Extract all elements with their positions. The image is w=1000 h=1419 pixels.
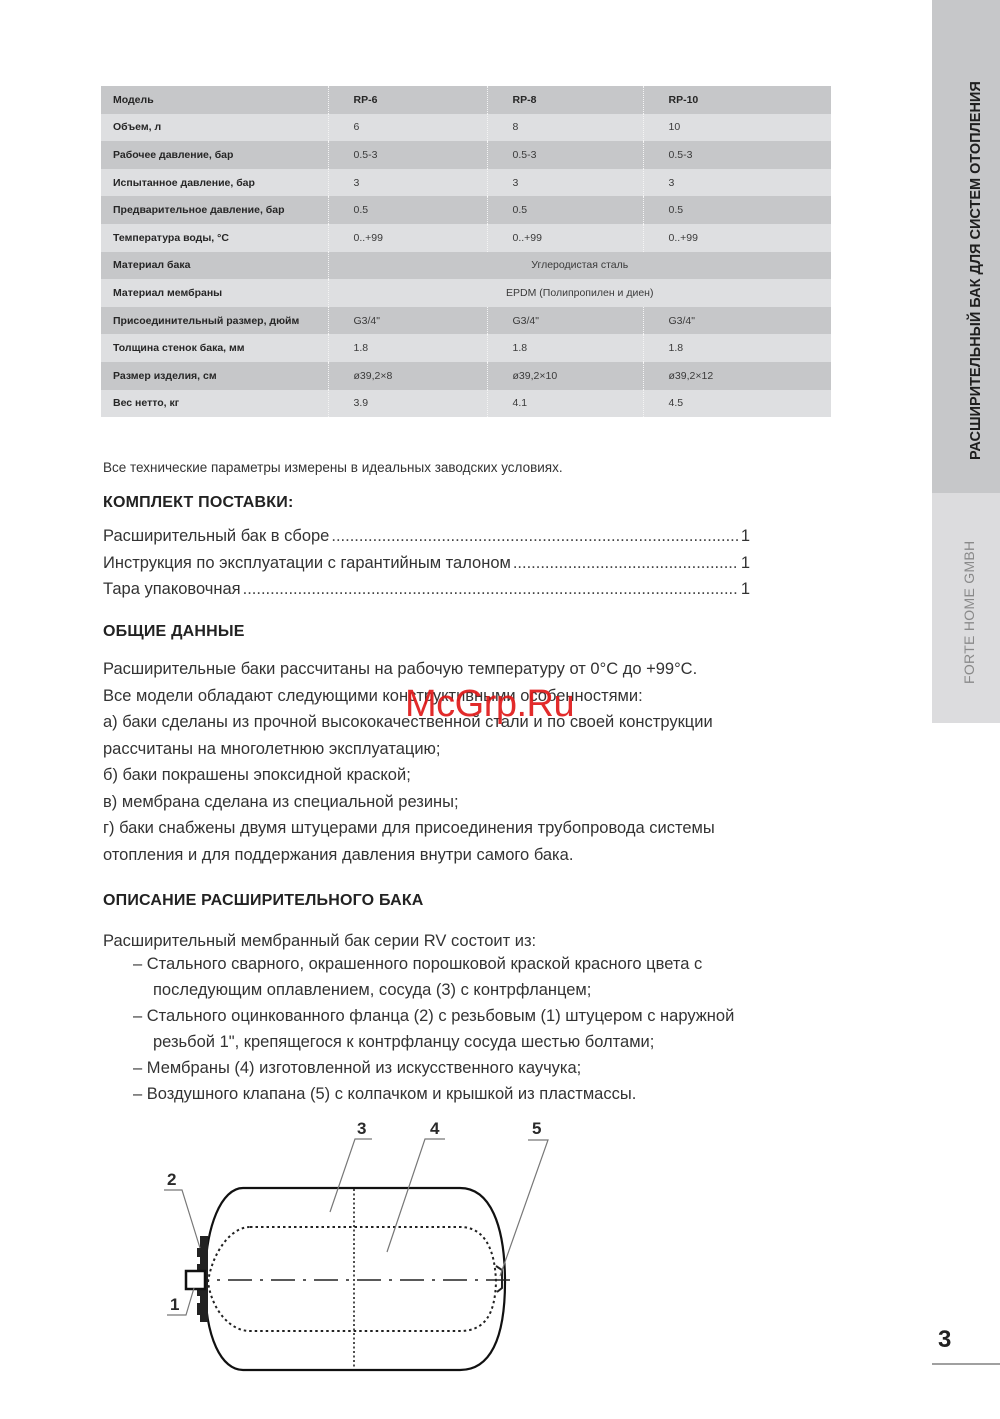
value-cell: ø39,2×12 <box>643 362 831 390</box>
row-label: Предварительное давление, бар <box>101 196 328 224</box>
general-line: г) баки снабжены двумя штуцерами для при… <box>103 815 715 842</box>
row-label: Материал бака <box>101 252 328 280</box>
sidebar-title-block <box>932 0 1000 493</box>
general-line: отопления и для поддержания давления вну… <box>103 842 715 869</box>
value-cell: 1.8 <box>487 334 643 362</box>
general-line: в) мембрана сделана из специальной резин… <box>103 789 715 816</box>
value-cell: 0.5-3 <box>328 141 487 169</box>
table-row: Размер изделия, смø39,2×8ø39,2×10ø39,2×1… <box>101 362 831 390</box>
row-label: Толщина стенок бака, мм <box>101 334 328 362</box>
callout-1: 1 <box>170 1295 179 1314</box>
kit-item-name: Инструкция по эксплуатации с гарантийным… <box>103 554 511 573</box>
row-label: Размер изделия, см <box>101 362 328 390</box>
table-row: Объем, л6810 <box>101 114 831 142</box>
air-valve <box>496 1266 502 1292</box>
kit-item-name: Расширительный бак в сборе <box>103 527 329 546</box>
table-row: Температура воды, °C0..+990..+990..+99 <box>101 224 831 252</box>
value-cell: 0.5 <box>328 196 487 224</box>
kit-item-qty: 1 <box>741 554 750 573</box>
row-label: Температура воды, °C <box>101 224 328 252</box>
page-number-rule <box>932 1363 1000 1365</box>
value-cell: 0.5-3 <box>487 141 643 169</box>
row-label: Материал мембраны <box>101 279 328 307</box>
value-cell: ø39,2×8 <box>328 362 487 390</box>
tank-body-outline <box>205 1188 505 1370</box>
value-cell: 3 <box>643 169 831 197</box>
membrane-outline <box>208 1227 496 1331</box>
kit-item: Тара упаковочная 1 <box>103 580 750 607</box>
callout-4: 4 <box>430 1119 440 1138</box>
sidebar-title: РАСШИРИТЕЛЬНЫЙ БАК ДЛЯ СИСТЕМ ОТОПЛЕНИЯ <box>968 30 984 460</box>
value-cell: 4.1 <box>487 390 643 418</box>
description-item: – Воздушного клапана (5) с колпачком и к… <box>133 1081 734 1107</box>
kit-list: Расширительный бак в сборе 1 Инструкция … <box>103 527 750 607</box>
merged-cell: EPDM (Полипропилен и диен) <box>328 279 831 307</box>
general-line: б) баки покрашены эпоксидной краской; <box>103 762 715 789</box>
leader-dots <box>331 527 738 546</box>
value-cell: 1.8 <box>643 334 831 362</box>
spec-table: Модель RP-6 RP-8 RP-10 Объем, л6810Рабоч… <box>101 86 831 417</box>
description-list: – Стального сварного, окрашенного порошк… <box>133 951 734 1107</box>
table-row: Присоединительный размер, дюймG3/4"G3/4"… <box>101 307 831 335</box>
value-cell: G3/4" <box>487 307 643 335</box>
description-item: – Стального сварного, окрашенного порошк… <box>133 951 734 1003</box>
model-header: RP-8 <box>487 86 643 114</box>
general-heading: ОБЩИЕ ДАННЫЕ <box>103 623 245 641</box>
value-cell: 0..+99 <box>643 224 831 252</box>
description-item: – Стального оцинкованного фланца (2) с р… <box>133 1003 734 1055</box>
callout-3: 3 <box>357 1119 366 1138</box>
value-cell: 0.5 <box>643 196 831 224</box>
kit-item-name: Тара упаковочная <box>103 580 241 599</box>
leader-5 <box>500 1140 548 1276</box>
value-cell: 3 <box>328 169 487 197</box>
table-header-row: Модель RP-6 RP-8 RP-10 <box>101 86 831 114</box>
description-line: резьбой 1", крепящегося к контрфланцу со… <box>133 1029 734 1055</box>
description-line: последующим оплавлением, сосуда (3) с ко… <box>133 977 734 1003</box>
callout-5: 5 <box>532 1119 541 1138</box>
general-line: Расширительные баки рассчитаны на рабочу… <box>103 656 715 683</box>
table-row: Материал мембраныEPDM (Полипропилен и ди… <box>101 279 831 307</box>
table-row: Рабочее давление, бар0.5-30.5-30.5-3 <box>101 141 831 169</box>
value-cell: 3 <box>487 169 643 197</box>
page-number: 3 <box>938 1326 951 1354</box>
value-cell: ø39,2×10 <box>487 362 643 390</box>
row-label: Вес нетто, кг <box>101 390 328 418</box>
value-cell: 6 <box>328 114 487 142</box>
value-cell: G3/4" <box>643 307 831 335</box>
description-line: – Мембраны (4) изготовленной из искусств… <box>133 1055 734 1081</box>
table-row: Материал бакаУглеродистая сталь <box>101 252 831 280</box>
value-cell: 8 <box>487 114 643 142</box>
leader-2 <box>164 1190 200 1248</box>
description-line: – Стального сварного, окрашенного порошк… <box>133 951 734 977</box>
row-label: Рабочее давление, бар <box>101 141 328 169</box>
watermark: McGrp.Ru <box>405 683 574 726</box>
description-line: – Воздушного клапана (5) с колпачком и к… <box>133 1081 734 1107</box>
tank-diagram: 2 1 3 4 5 <box>150 1110 570 1419</box>
row-label: Присоединительный размер, дюйм <box>101 307 328 335</box>
brand-name: FORTE HOME GMBH <box>961 541 977 684</box>
kit-item: Расширительный бак в сборе 1 <box>103 527 750 554</box>
row-label: Испытанное давление, бар <box>101 169 328 197</box>
model-header: RP-6 <box>328 86 487 114</box>
value-cell: 0..+99 <box>487 224 643 252</box>
value-cell: 10 <box>643 114 831 142</box>
kit-heading: КОМПЛЕКТ ПОСТАВКИ: <box>103 494 294 512</box>
description-item: – Мембраны (4) изготовленной из искусств… <box>133 1055 734 1081</box>
value-cell: 0..+99 <box>328 224 487 252</box>
callout-2: 2 <box>167 1170 176 1189</box>
leader-3 <box>330 1139 372 1212</box>
kit-item-qty: 1 <box>741 580 750 599</box>
model-header: RP-10 <box>643 86 831 114</box>
table-row: Вес нетто, кг3.94.14.5 <box>101 390 831 418</box>
value-cell: G3/4" <box>328 307 487 335</box>
merged-cell: Углеродистая сталь <box>328 252 831 280</box>
description-heading: ОПИСАНИЕ РАСШИРИТЕЛЬНОГО БАКА <box>103 892 424 910</box>
kit-item-qty: 1 <box>741 527 750 546</box>
value-cell: 1.8 <box>328 334 487 362</box>
leader-dots <box>513 554 739 573</box>
row-label: Объем, л <box>101 114 328 142</box>
value-cell: 3.9 <box>328 390 487 418</box>
value-cell: 4.5 <box>643 390 831 418</box>
leader-dots <box>243 580 739 599</box>
measurement-note: Все технические параметры измерены в иде… <box>103 460 563 475</box>
nipple <box>186 1271 205 1289</box>
table-row: Предварительное давление, бар0.50.50.5 <box>101 196 831 224</box>
leader-4 <box>387 1139 445 1252</box>
header-label: Модель <box>101 86 328 114</box>
general-line: рассчитаны на многолетнюю эксплуатацию; <box>103 736 715 763</box>
value-cell: 0.5-3 <box>643 141 831 169</box>
value-cell: 0.5 <box>487 196 643 224</box>
table-row: Испытанное давление, бар333 <box>101 169 831 197</box>
description-line: – Стального оцинкованного фланца (2) с р… <box>133 1003 734 1029</box>
table-row: Толщина стенок бака, мм1.81.81.8 <box>101 334 831 362</box>
kit-item: Инструкция по эксплуатации с гарантийным… <box>103 554 750 581</box>
